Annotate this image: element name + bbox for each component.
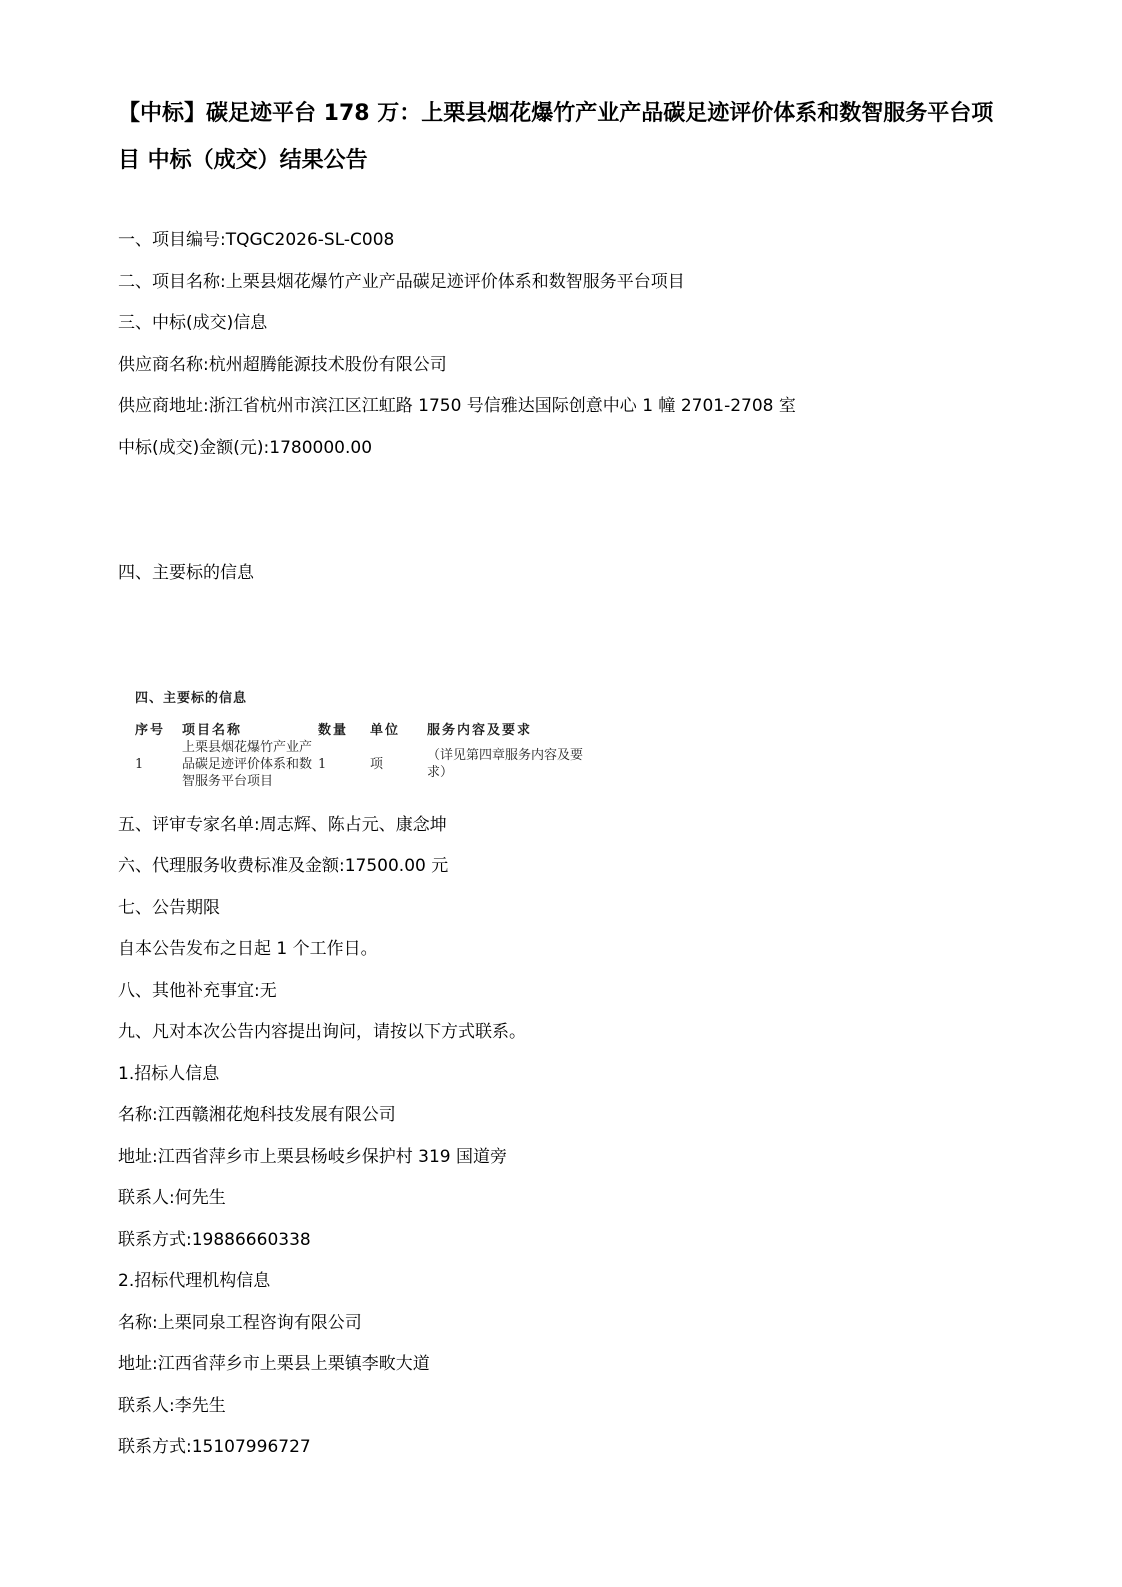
para-project-name: 二、项目名称:上栗县烟花爆竹产业产品碳足迹评价体系和数智服务平台项目: [118, 271, 1004, 293]
para-award-info-heading: 三、中标(成交)信息: [118, 312, 1004, 334]
para-agency-contact: 联系人:李先生: [118, 1395, 1004, 1417]
para-purchaser-name: 名称:江西赣湘花炮科技发展有限公司: [118, 1104, 1004, 1126]
para-purchaser-contact: 联系人:何先生: [118, 1187, 1004, 1209]
table-row: 1 上栗县烟花爆竹产业产品碳足迹评价体系和数智服务平台项目 1 项 （详见第四章…: [135, 739, 585, 790]
para-purchaser-heading: 1.招标人信息: [118, 1063, 1004, 1085]
para-experts: 五、评审专家名单:周志辉、陈占元、康念坤: [118, 814, 1004, 836]
para-notice-period-text: 自本公告发布之日起 1 个工作日。: [118, 938, 1004, 960]
para-purchaser-phone: 联系方式:19886660338: [118, 1229, 1004, 1251]
para-other-matters: 八、其他补充事宜:无: [118, 980, 1004, 1002]
cell-name: 上栗县烟花爆竹产业产品碳足迹评价体系和数智服务平台项目: [182, 739, 318, 790]
para-agency-phone: 联系方式:15107996727: [118, 1436, 1004, 1458]
col-header-name: 项目名称: [182, 722, 318, 739]
para-project-number: 一、项目编号:TQGC2026-SL-C008: [118, 229, 1004, 251]
items-table-image: 四、主要标的信息 序号 项目名称 数量 单位 服务内容及要求: [135, 690, 1004, 790]
col-header-requirements: 服务内容及要求: [427, 722, 585, 739]
para-agency-fee: 六、代理服务收费标准及金额:17500.00 元: [118, 855, 1004, 877]
items-table-header-row: 序号 项目名称 数量 单位 服务内容及要求: [135, 722, 585, 739]
para-agency-name: 名称:上栗同泉工程咨询有限公司: [118, 1312, 1004, 1334]
para-award-amount: 中标(成交)金额(元):1780000.00: [118, 437, 1004, 459]
para-agency-heading: 2.招标代理机构信息: [118, 1270, 1004, 1292]
para-purchaser-address: 地址:江西省萍乡市上栗县杨岐乡保护村 319 国道旁: [118, 1146, 1004, 1168]
para-agency-address: 地址:江西省萍乡市上栗县上栗镇李畋大道: [118, 1353, 1004, 1375]
para-contact-intro: 九、凡对本次公告内容提出询问，请按以下方式联系。: [118, 1021, 1004, 1043]
items-table-heading: 四、主要标的信息: [135, 690, 1004, 707]
col-header-unit: 单位: [370, 722, 427, 739]
items-table: 序号 项目名称 数量 单位 服务内容及要求 1 上栗县烟花爆竹产业产品碳足迹评价…: [135, 722, 585, 790]
para-notice-period-heading: 七、公告期限: [118, 897, 1004, 919]
announcement-document: 【中标】碳足迹平台 178 万：上栗县烟花爆竹产业产品碳足迹评价体系和数智服务平…: [0, 0, 1122, 1587]
col-header-no: 序号: [135, 722, 182, 739]
para-supplier-name: 供应商名称:杭州超腾能源技术股份有限公司: [118, 354, 1004, 376]
para-supplier-address: 供应商地址:浙江省杭州市滨江区江虹路 1750 号信雅达国际创意中心 1 幢 2…: [118, 395, 1004, 417]
col-header-qty: 数量: [318, 722, 370, 739]
cell-unit: 项: [370, 739, 427, 790]
page-title: 【中标】碳足迹平台 178 万：上栗县烟花爆竹产业产品碳足迹评价体系和数智服务平…: [118, 90, 1004, 184]
cell-qty: 1: [318, 739, 370, 790]
cell-no: 1: [135, 739, 182, 790]
para-main-items-heading: 四、主要标的信息: [118, 562, 1004, 584]
cell-requirements: （详见第四章服务内容及要求）: [427, 739, 585, 790]
